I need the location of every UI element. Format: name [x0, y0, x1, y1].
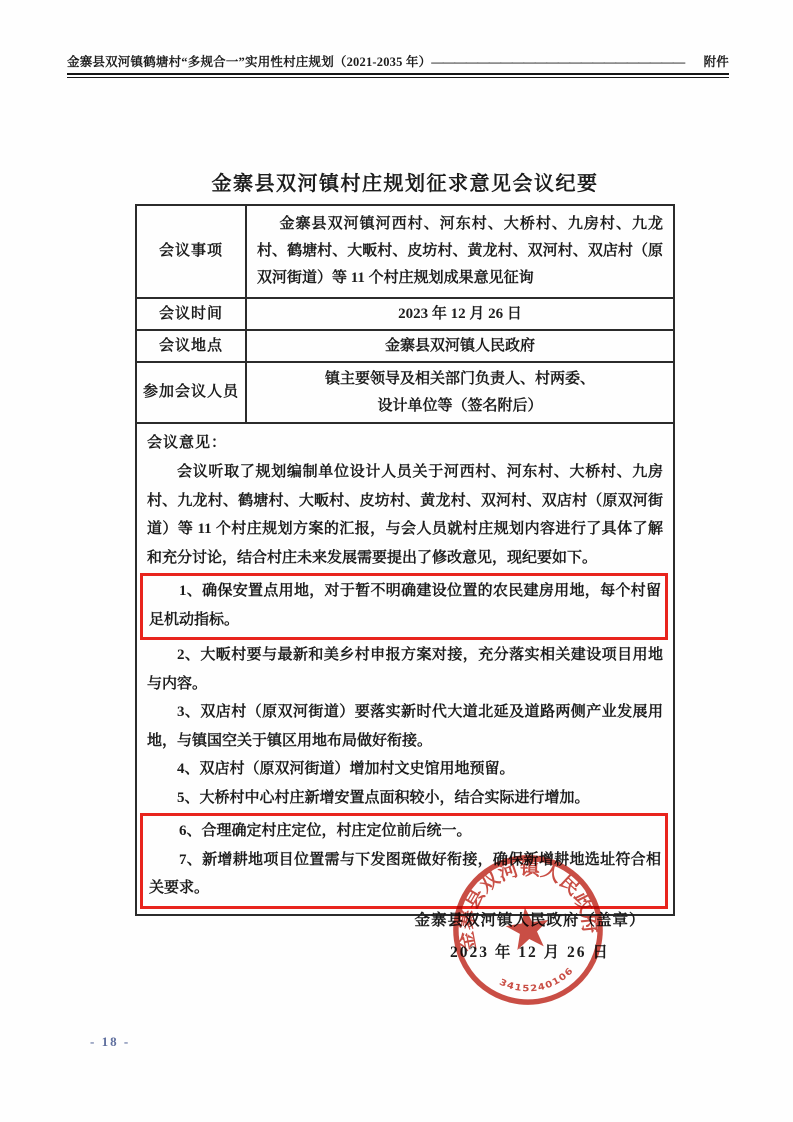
meeting-minutes-table: 会议事项 金寨县双河镇河西村、河东村、大桥村、九房村、九龙村、鹤塘村、大畈村、皮… — [135, 204, 675, 916]
table-row-time: 会议时间 2023 年 12 月 26 日 — [136, 298, 674, 330]
official-seal-stamp: 金寨县双河镇人民政府 3415240106810 — [439, 841, 617, 1019]
seal-graphic: 金寨县双河镇人民政府 3415240106810 — [439, 841, 617, 1019]
header-dash-leader: —————————————————————— — [431, 55, 703, 70]
matter-value-cell: 金寨县双河镇河西村、河东村、大桥村、九房村、九龙村、鹤塘村、大畈村、皮坊村、黄龙… — [246, 205, 674, 298]
attendees-line-1: 镇主要领导及相关部门负责人、村两委、 — [247, 366, 673, 393]
running-header-line: 金寨县双河镇鹤塘村“多规合一”实用性村庄规划（2021-2035 年） ————… — [67, 52, 729, 75]
time-label: 会议时间 — [136, 298, 246, 330]
header-thin-rule — [67, 77, 729, 78]
attendees-value-cell: 镇主要领导及相关部门负责人、村两委、 设计单位等（签名附后） — [246, 362, 674, 423]
opinion-item-2: 2、大畈村要与最新和美乡村申报方案对接，充分落实相关建设项目用地与内容。 — [147, 641, 663, 698]
highlight-box-item-1: 1、确保安置点用地，对于暂不明确建设位置的农民建房用地，每个村留足机动指标。 — [140, 573, 668, 640]
matter-label: 会议事项 — [136, 205, 246, 298]
opinions-heading: 会议意见： — [147, 429, 663, 458]
table-row-place: 会议地点 金寨县双河镇人民政府 — [136, 330, 674, 362]
opinion-item-3: 3、双店村（原双河街道）要落实新时代大道北延及道路两侧产业发展用地，与镇国空关于… — [147, 698, 663, 755]
attendees-label: 参加会议人员 — [136, 362, 246, 423]
matter-value: 金寨县双河镇河西村、河东村、大桥村、九房村、九龙村、鹤塘村、大畈村、皮坊村、黄龙… — [257, 211, 663, 292]
opinions-intro: 会议听取了规划编制单位设计人员关于河西村、河东村、大桥村、九房村、九龙村、鹤塘村… — [147, 458, 663, 572]
attachment-label: 附件 — [704, 52, 729, 70]
seal-star-icon — [503, 904, 552, 951]
time-value: 2023 年 12 月 26 日 — [246, 298, 674, 330]
place-label: 会议地点 — [136, 330, 246, 362]
page-title: 金寨县双河镇村庄规划征求意见会议纪要 — [135, 167, 675, 196]
place-value: 金寨县双河镇人民政府 — [246, 330, 674, 362]
opinion-item-5: 5、大桥村中心村庄新增安置点面积较小，结合实际进行增加。 — [147, 784, 663, 813]
page-number: - 18 - — [90, 1034, 130, 1050]
table-row-matter: 会议事项 金寨县双河镇河西村、河东村、大桥村、九房村、九龙村、鹤塘村、大畈村、皮… — [136, 205, 674, 298]
attendees-line-2: 设计单位等（签名附后） — [247, 393, 673, 420]
running-header: 金寨县双河镇鹤塘村“多规合一”实用性村庄规划（2021-2035 年） ————… — [67, 52, 729, 78]
plan-title-text: 金寨县双河镇鹤塘村“多规合一”实用性村庄规划（2021-2035 年） — [67, 52, 431, 70]
table-row-attendees: 参加会议人员 镇主要领导及相关部门负责人、村两委、 设计单位等（签名附后） — [136, 362, 674, 423]
opinion-item-1: 1、确保安置点用地，对于暂不明确建设位置的农民建房用地，每个村留足机动指标。 — [149, 577, 661, 634]
scanned-document-page: 金寨县双河镇鹤塘村“多规合一”实用性村庄规划（2021-2035 年） ————… — [0, 0, 793, 1122]
opinion-item-4: 4、双店村（原双河街道）增加村文史馆用地预留。 — [147, 755, 663, 784]
